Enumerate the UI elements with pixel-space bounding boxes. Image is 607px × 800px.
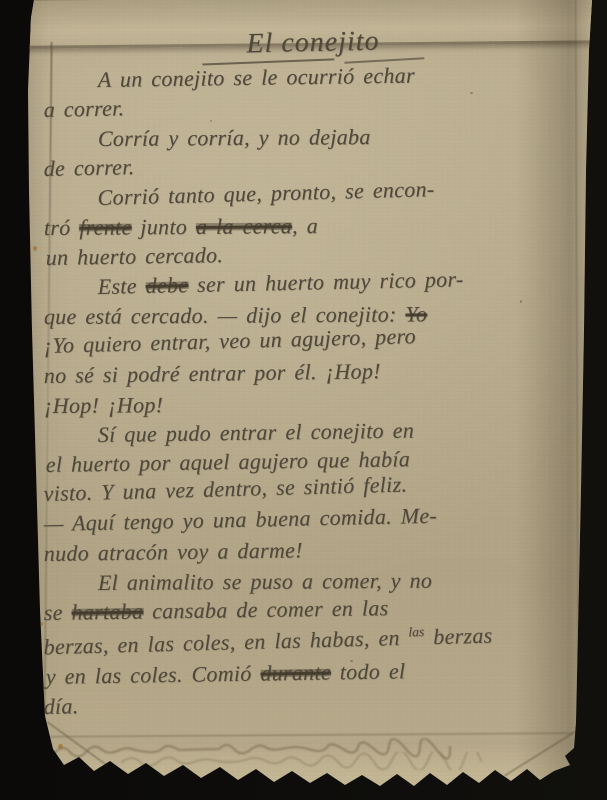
paper-speck (33, 246, 37, 251)
handwriting-text: Corrió tanto que, pronto, se encon- (97, 177, 434, 211)
photo-background: El conejito A un conejito se le ocurrió … (0, 0, 607, 800)
handwriting-text: y en las coles. Comió (46, 661, 261, 689)
handwriting-text: de correr. (43, 154, 134, 181)
paper-speck (38, 622, 43, 626)
struck-word: durante (260, 660, 331, 686)
handwriting-text: un huerto cercado. (46, 242, 224, 270)
paper-sheet: El conejito A un conejito se le ocurrió … (0, 0, 607, 800)
struck-word: debe (145, 272, 188, 298)
manuscript-lines: A un conejito se le ocurrió echara corre… (44, 65, 582, 721)
handwriting-text: se (44, 599, 72, 624)
handwriting-text: — Aquí tengo yo una buena comida. Me- (43, 503, 437, 536)
struck-word: a la cerca (196, 213, 292, 239)
handwriting-text: berzas (424, 623, 493, 650)
paper-speck (575, 748, 579, 752)
handwriting-text: nudo atracón voy a darme! (44, 537, 303, 566)
handwriting-text: Este (97, 273, 145, 299)
struck-word: frente (79, 214, 131, 239)
handwriting-text: tró (44, 215, 80, 240)
handwriting-text: junto (131, 214, 196, 239)
handwriting-text: a correr. (43, 95, 124, 122)
handwriting-text: El animalito se puso a comer, y no (98, 568, 432, 595)
handwriting-text: ¡Yo quiero entrar, veo un agujero, pero (43, 324, 416, 359)
handwriting-text: visto. Y una vez dentro, se sintió feliz… (43, 472, 407, 507)
handwriting-text: berzas, en las coles, en las habas, en (43, 625, 409, 660)
handwriting-text: Sí que pudo entrar el conejito en (98, 418, 415, 447)
handwriting-text: las (408, 624, 424, 639)
handwriting-text: ¡Hop! ¡Hop! (44, 392, 164, 418)
handwriting-text: ser un huerto muy rico por- (188, 266, 464, 297)
struck-word: hartaba (71, 598, 143, 624)
handwriting-text: día. (43, 693, 78, 719)
handwriting-line: no sé si podré entrar por él. ¡Hop! (44, 353, 582, 390)
handwriting-text: , a (292, 213, 318, 238)
handwriting-text: todo el (331, 659, 406, 685)
manuscript-text: El conejito A un conejito se le ocurrió … (44, 26, 582, 721)
ink-showthrough-scribble (120, 752, 500, 770)
handwriting-text: no sé si podré entrar por él. ¡Hop! (44, 358, 381, 388)
